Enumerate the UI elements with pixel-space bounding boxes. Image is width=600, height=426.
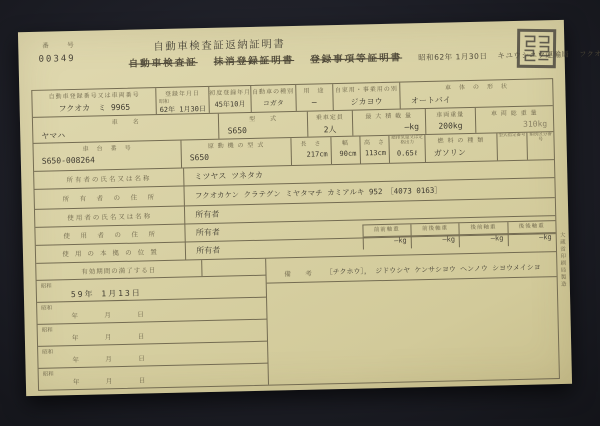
axle-rear-front-label: 後前軸重 [460,222,509,235]
private-business-label: 自家用・事業用の別 [333,83,400,95]
weight-value: 200kg [426,121,475,131]
axle-rear-rear-value: ―kg [508,233,556,246]
height-cell: 高 さ 113cm [360,136,390,164]
max-load-cell: 最 大 積 載 量 ―kg [353,109,427,136]
private-business-value: ジカヨウ [333,96,400,109]
struck-title-3: 登録事項等証明書 [310,50,402,66]
body-shape-label: 車 体 の 形 状 [401,79,553,92]
remarks-text: ［チクホウ］， ジドウシヤ ケンサシヨウ ヘンノウ シヨウメイシヨ [326,262,541,277]
expiry-date-row: 昭和 年 月 日 [39,364,268,390]
displacement-label: 総排気量又は定格出力 [390,135,425,147]
era-label: 昭和 [42,348,53,356]
bottom-section: 有効期間の満了する日 昭和 59年 1月13日 昭和 年 月 日 昭和 年 月 … [36,252,559,390]
displacement-value: 0.65ℓ [390,149,425,159]
expiry-date-value: 59年 1月13日 [71,287,142,300]
axle-rear-front-value: ―kg [460,234,509,247]
axle-rear-rear-label: 後後軸重 [508,221,556,234]
reg-date-cell: 登録年月日 昭和 62年 1月30日 [157,87,210,114]
user-name-label: 使用者の氏名又は名称 [35,206,186,226]
engine-label: 原 動 機 の 型 式 [181,138,290,150]
fuel-cell: 燃 料 の 種 類 ガソリン [425,133,497,162]
era-label: 昭和 [42,326,53,334]
reg-date-value: 62年 1月30日 [157,104,209,114]
body-shape-value: オートバイ [401,92,553,106]
capacity-cell: 乗車定員 2人 [308,111,353,137]
expiry-date-blank: 年 月 日 [71,309,154,320]
class-number-value [528,146,554,147]
length-value: 217cm [292,150,331,159]
body-shape-cell: 車 体 の 形 状 オートバイ [401,79,553,108]
issue-date: 昭和62年 1月30日 [418,51,487,64]
type-number-label: 型式指定番号 [497,133,527,140]
vehicle-kind-value: コガタ [251,98,295,109]
expiry-date-blank: 年 月 日 [72,353,155,364]
reg-number-label: 自動車登録番号又は車両番号 [32,88,156,101]
expiry-box: 有効期間の満了する日 昭和 59年 1月13日 昭和 年 月 日 昭和 年 月 … [36,259,269,390]
struck-title-1: 自動車検査証 [129,54,198,70]
private-business-cell: 自家用・事業用の別 ジカヨウ [333,83,401,111]
fuel-value: ガソリン [426,146,497,159]
owner-name-label: 所有者の氏名又は名称 [34,169,185,189]
class-number-label: 類別区分番号 [528,132,554,143]
vehicle-kind-label: 自動車の種別 [251,85,295,96]
remarks-label: 備 考 [284,268,316,278]
official-seal-icon [516,28,557,72]
printer-imprint: 大蔵省印刷局製造 [558,232,567,288]
issuing-officer: フクオカ陸運支局長 [579,48,600,60]
max-load-value: ―kg [353,122,425,133]
struck-title-2: 抹消登録証明書 [213,52,294,68]
first-reg-cell: 初度登録年月 45年10月 [209,86,252,113]
era-label: 昭和 [43,370,54,378]
first-reg-value: 45年10月 [209,99,250,110]
use-cell: 用 途 ― [296,84,334,111]
page-title: 自動車検査証返納証明書 [153,36,285,54]
class-number-cell: 類別区分番号 [528,132,554,160]
type-number-value [497,142,527,143]
certificate-paper: 番 号 00349 自動車検査証返納証明書 自動車検査証 抹消登録証明書 登録事… [18,20,572,396]
certificate-header: 番 号 00349 自動車検査証返納証明書 自動車検査証 抹消登録証明書 登録事… [18,20,565,86]
car-name-cell: 車 名 ヤマハ [33,114,220,143]
length-cell: 長 さ 217cm [291,137,332,165]
user-address-label: 使 用 者 の 住 所 [35,224,186,244]
use-value: ― [296,97,332,107]
height-value: 113cm [360,149,389,158]
axle-front-rear-value: ―kg [412,235,461,248]
model-value: S650 [220,125,308,136]
expiry-header-blank [202,259,265,276]
model-cell: 型 式 S650 [219,112,308,139]
axle-front-front-value: ―kg [363,236,412,249]
reg-number-cell: 自動車登録番号又は車両番号 フクオカ ミ 9965 [32,88,157,117]
first-reg-label: 初度登録年月 [209,86,250,97]
width-label: 幅 [331,137,359,148]
era-label: 昭和 [41,304,52,312]
chassis-cell: 車 台 番 号 S650-008264 [33,141,182,171]
width-value: 90cm [332,150,360,159]
model-label: 型 式 [219,112,307,124]
height-label: 高 さ [360,136,389,147]
displacement-cell: 総排気量又は定格出力 0.65ℓ [390,135,426,163]
type-number-cell: 型式指定番号 [497,133,528,161]
capacity-value: 2人 [308,124,352,136]
owner-address-label: 所 有 者 の 住 所 [35,186,186,208]
max-load-label: 最 大 積 載 量 [353,109,425,121]
number-value: 00349 [38,54,75,65]
width-cell: 幅 90cm [331,137,360,165]
axle-front-front-label: 前前軸重 [363,224,412,237]
engine-cell: 原 動 機 の 型 式 S650 [181,138,292,167]
photo-background: 番 号 00349 自動車検査証返納証明書 自動車検査証 抹消登録証明書 登録事… [0,0,600,426]
chassis-value: S650-008264 [34,154,181,166]
gross-weight-value: 310kg [476,119,553,130]
base-location-label: 使 用 の 本 拠 の 位 置 [36,242,187,262]
engine-value: S650 [182,151,291,162]
era-label: 昭和 [41,282,52,290]
remarks-area: 備 考 ［チクホウ］， ジドウシヤ ケンサシヨウ ヘンノウ シヨウメイシヨ [266,252,559,385]
vehicle-kind-cell: 自動車の種別 コガタ [251,85,296,112]
gross-weight-label: 車 両 総 重 量 [476,106,553,118]
certificate-table: 自動車登録番号又は車両番号 フクオカ ミ 9965 登録年月日 昭和 62年 1… [31,78,560,391]
capacity-label: 乗車定員 [308,111,352,122]
expiry-date-blank: 年 月 日 [72,331,155,342]
expiry-date-blank: 年 月 日 [73,375,156,386]
reg-number-value: フクオカ ミ 9965 [33,101,157,115]
weight-label: 車両重量 [426,108,475,119]
fuel-label: 燃 料 の 種 類 [425,133,496,145]
chassis-label: 車 台 番 号 [33,141,180,154]
axle-weight-table: 前前軸重 前後軸重 後前軸重 後後軸重 ―kg ―kg ―kg ―kg [362,220,556,249]
number-label: 番 号 [42,40,80,50]
axle-front-rear-label: 前後軸重 [411,223,460,236]
length-label: 長 さ [291,137,330,148]
use-label: 用 途 [296,84,332,95]
gross-weight-cell: 車 両 総 重 量 310kg [476,106,554,133]
weight-cell: 車両重量 200kg [426,108,476,134]
remarks-row: 備 考 ［チクホウ］， ジドウシヤ ケンサシヨウ ヘンノウ シヨウメイシヨ [266,258,557,284]
